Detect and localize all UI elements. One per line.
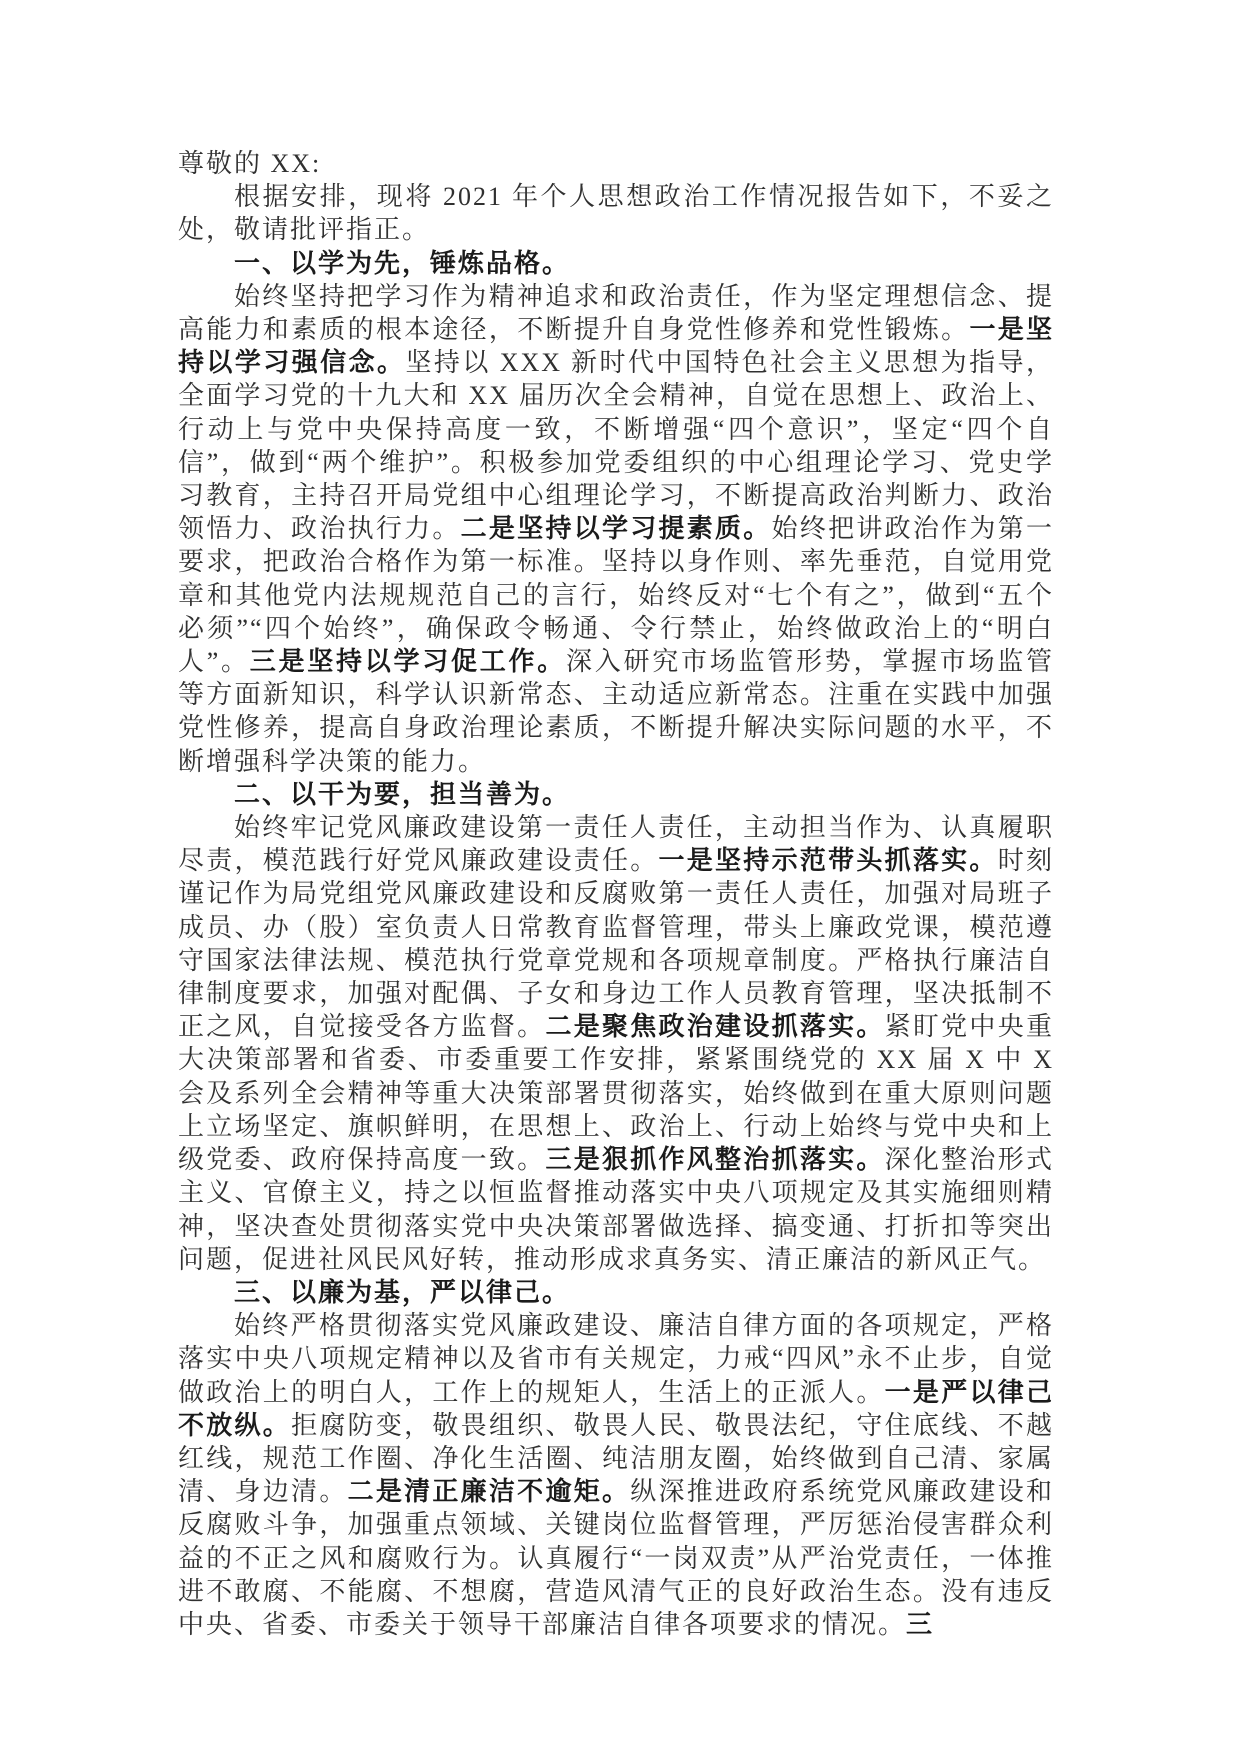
section-1-paragraph: 始终坚持把学习作为精神追求和政治责任，作为坚定理想信念、提高能力和素质的根本途径…	[178, 280, 1054, 778]
section-2-heading: 二、以干为要，担当善为。	[178, 778, 1054, 811]
section-3-paragraph: 始终严格贯彻落实党风廉政建设、廉洁自律方面的各项规定，严格落实中央八项规定精神以…	[178, 1309, 1054, 1641]
salutation: 尊敬的 XX:	[178, 147, 1054, 180]
bold-run: 二是清正廉洁不逾矩。	[348, 1477, 631, 1506]
bold-run: 三	[906, 1610, 934, 1639]
text-run: 尊敬的 XX:	[178, 149, 321, 178]
section-2-paragraph: 始终牢记党风廉政建设第一责任人责任，主动担当作为、认真履职尽责，模范践行好党风廉…	[178, 811, 1054, 1276]
bold-run: 三是狠抓作风整治抓落实。	[545, 1145, 884, 1174]
heading-text: 二、以干为要，担当善为。	[234, 780, 570, 809]
report-body: 尊敬的 XX: 根据安排，现将 2021 年个人思想政治工作情况报告如下，不妥之…	[178, 147, 1054, 1641]
section-1-heading: 一、以学为先，锤炼品格。	[178, 247, 1054, 280]
bold-run: 二是坚持以学习提素质。	[461, 514, 772, 543]
bold-run: 二是聚焦政治建设抓落实。	[545, 1012, 884, 1041]
bold-run: 一是坚持示范带头抓落实。	[659, 846, 998, 875]
document-page: 尊敬的 XX: 根据安排，现将 2021 年个人思想政治工作情况报告如下，不妥之…	[0, 0, 1240, 1754]
section-3-heading: 三、以廉为基，严以律己。	[178, 1276, 1054, 1309]
text-run: 根据安排，现将 2021 年个人思想政治工作情况报告如下，不妥之处，敬请批评指正…	[178, 182, 1054, 244]
heading-text: 三、以廉为基，严以律己。	[234, 1278, 570, 1307]
heading-text: 一、以学为先，锤炼品格。	[234, 249, 570, 278]
bold-run: 三是坚持以学习促工作。	[250, 647, 566, 676]
text-run: 始终坚持把学习作为精神追求和政治责任，作为坚定理想信念、提高能力和素质的根本途径…	[178, 282, 1054, 344]
intro-paragraph: 根据安排，现将 2021 年个人思想政治工作情况报告如下，不妥之处，敬请批评指正…	[178, 180, 1054, 246]
